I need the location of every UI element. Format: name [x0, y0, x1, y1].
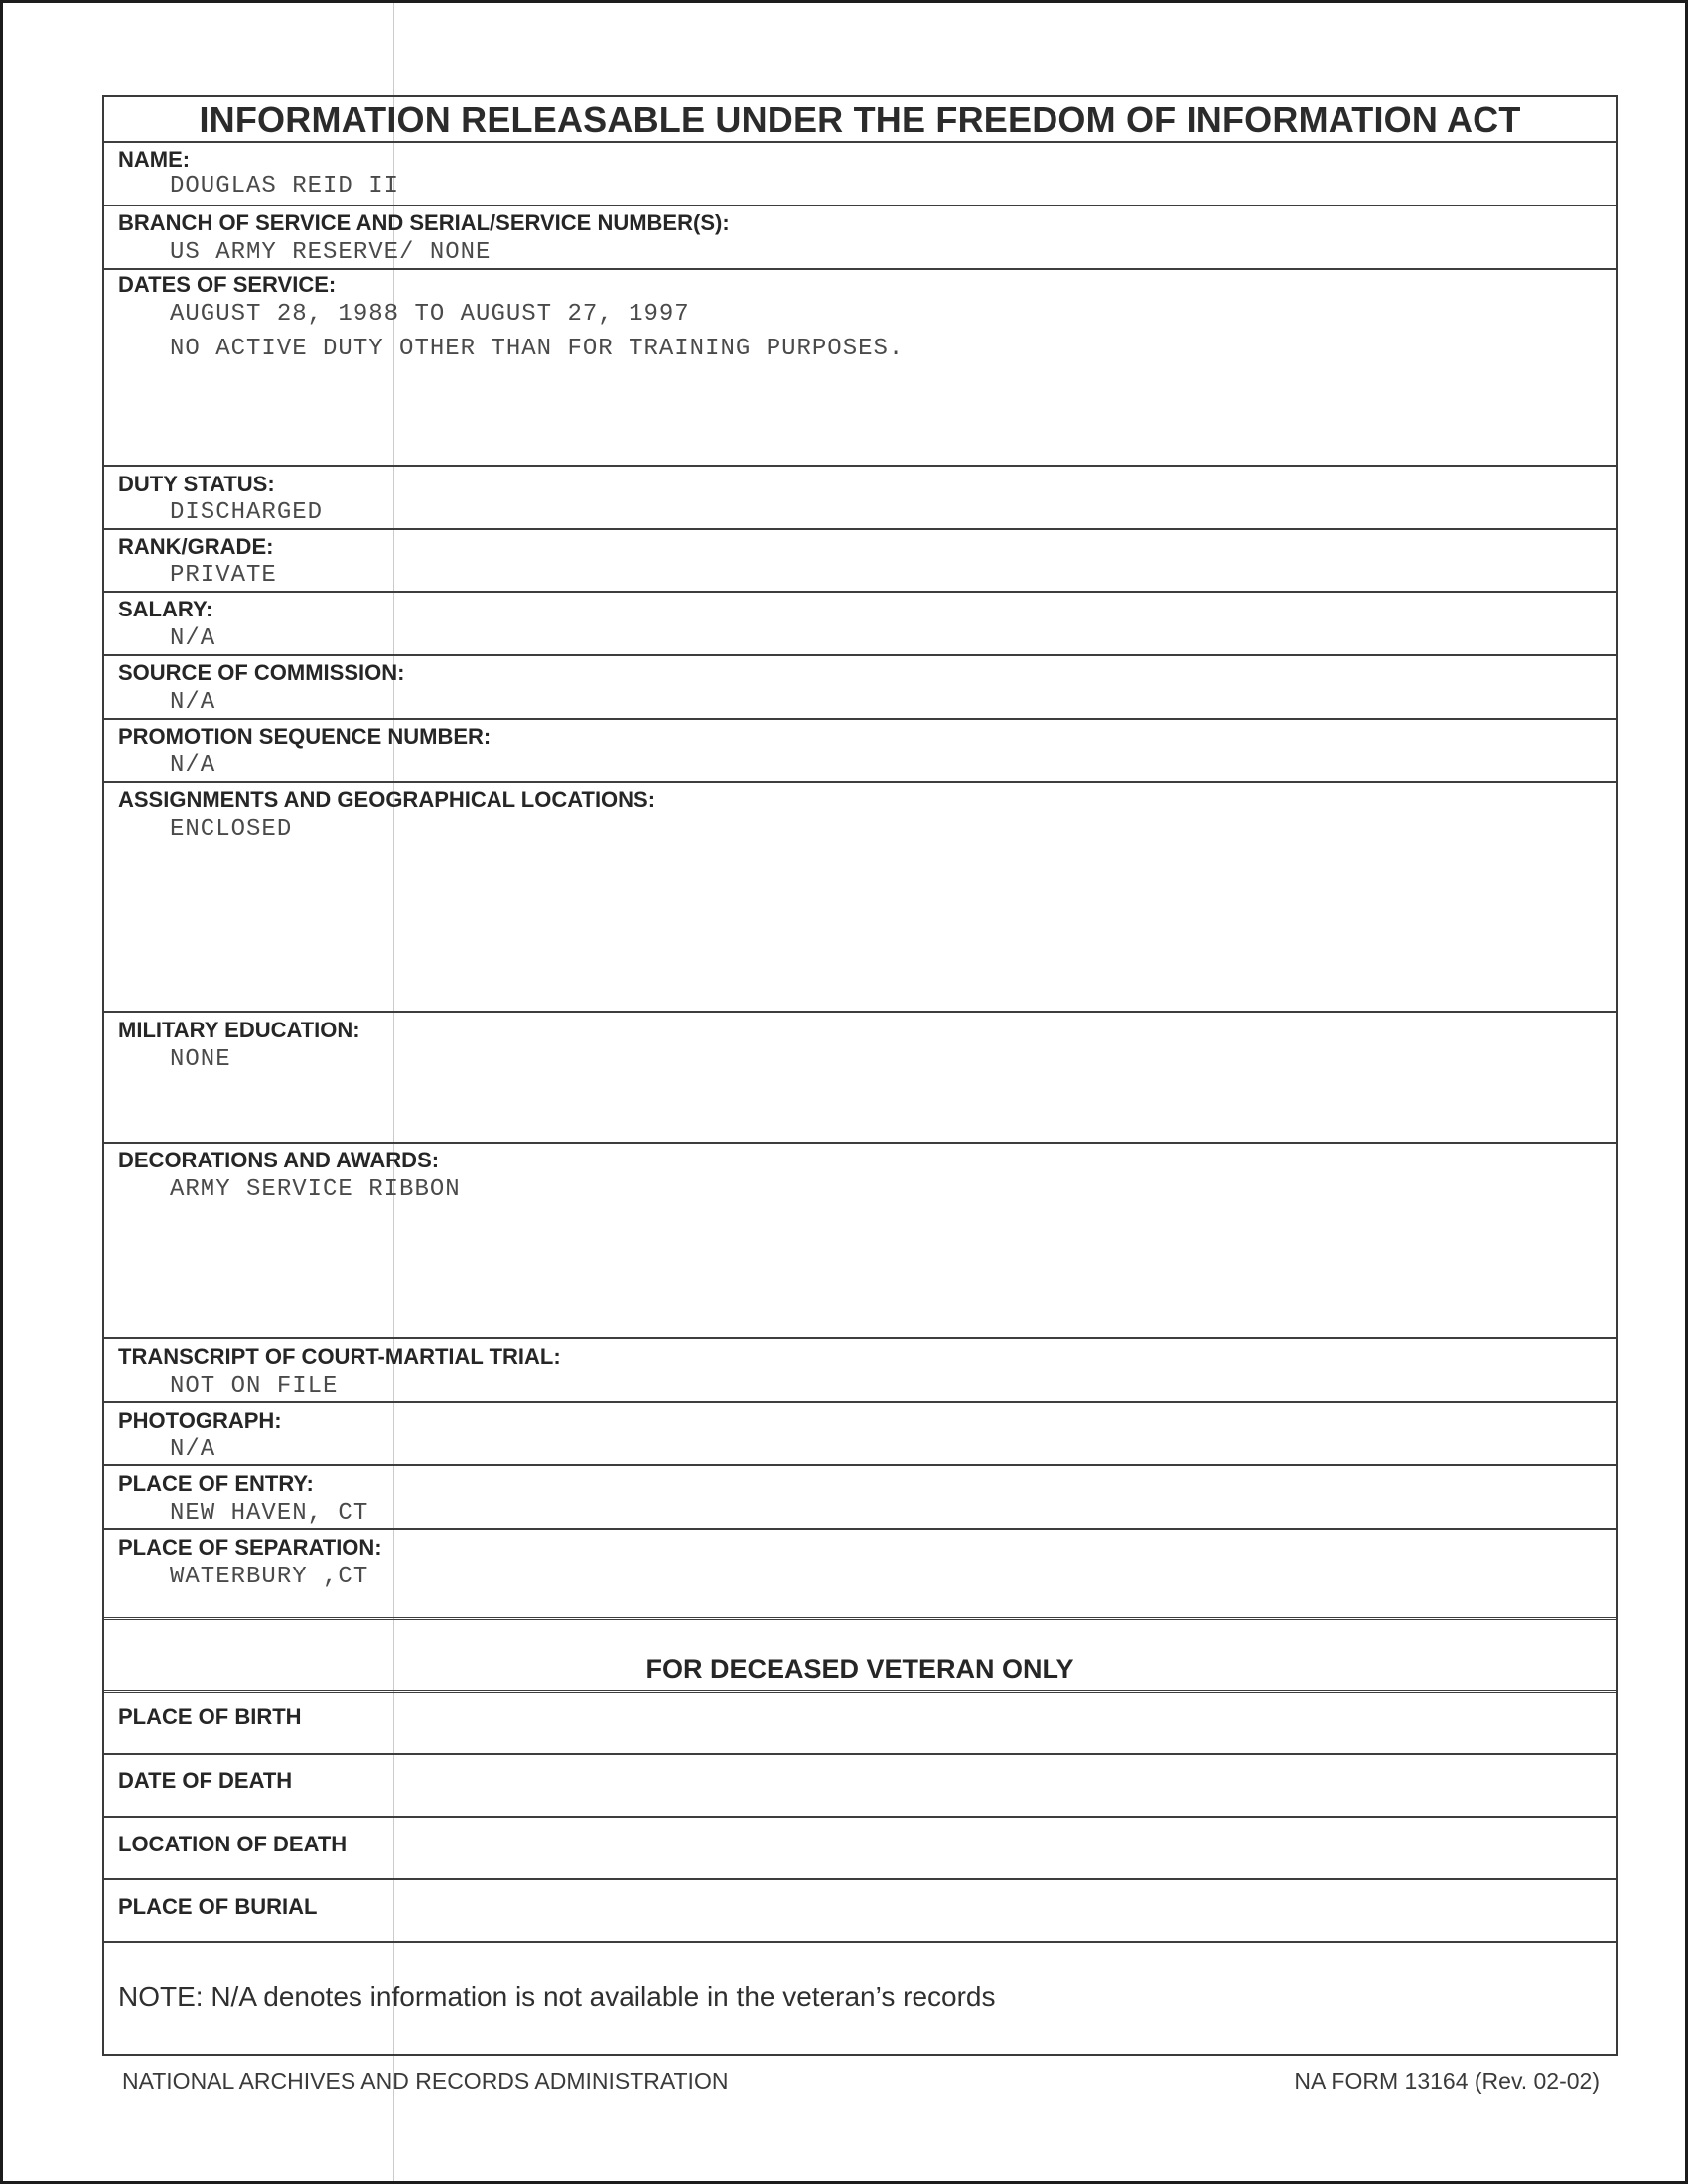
decorations-label: DECORATIONS AND AWARDS: [118, 1148, 439, 1173]
date-of-death-label: DATE OF DEATH [118, 1768, 292, 1794]
divider [104, 465, 1616, 467]
branch-label: BRANCH OF SERVICE AND SERIAL/SERVICE NUM… [118, 210, 730, 236]
commission-value: N/A [170, 689, 215, 717]
decorations-value: ARMY SERVICE RIBBON [170, 1176, 461, 1204]
divider [104, 1528, 1616, 1530]
court-martial-value: NOT ON FILE [170, 1373, 338, 1401]
name-label: NAME: [118, 147, 190, 173]
location-of-death-label: LOCATION OF DEATH [118, 1832, 347, 1857]
footer-form-number: NA FORM 13164 (Rev. 02-02) [1294, 2067, 1600, 2095]
dates-value-line1: AUGUST 28, 1988 TO AUGUST 27, 1997 [170, 301, 690, 329]
section-divider [104, 1690, 1616, 1695]
divider [104, 1142, 1616, 1144]
branch-value: US ARMY RESERVE/ NONE [170, 239, 491, 267]
duty-status-label: DUTY STATUS: [118, 472, 275, 497]
divider [104, 1878, 1616, 1880]
deceased-heading: FOR DECEASED VETERAN ONLY [104, 1653, 1616, 1685]
place-separation-value: WATERBURY ,CT [170, 1564, 368, 1591]
divider [104, 1401, 1616, 1403]
place-of-birth-label: PLACE OF BIRTH [118, 1705, 302, 1730]
divider [104, 1011, 1616, 1013]
divider [104, 1816, 1616, 1818]
dates-value-line2: NO ACTIVE DUTY OTHER THAN FOR TRAINING P… [170, 336, 904, 363]
photograph-label: PHOTOGRAPH: [118, 1408, 282, 1433]
name-value: DOUGLAS REID II [170, 173, 399, 201]
divider [104, 1753, 1616, 1755]
divider [104, 1337, 1616, 1339]
place-separation-label: PLACE OF SEPARATION: [118, 1535, 382, 1561]
dates-label: DATES OF SERVICE: [118, 272, 336, 298]
divider [104, 268, 1616, 270]
divider [104, 1464, 1616, 1466]
salary-label: SALARY: [118, 597, 212, 622]
note-text: NOTE: N/A denotes information is not ava… [118, 1980, 996, 2014]
divider [104, 528, 1616, 530]
section-divider [104, 1617, 1616, 1622]
footer-agency: NATIONAL ARCHIVES AND RECORDS ADMINISTRA… [122, 2067, 728, 2095]
divider [104, 591, 1616, 593]
place-entry-value: NEW HAVEN, CT [170, 1500, 368, 1528]
divider [104, 718, 1616, 720]
form-title: INFORMATION RELEASABLE UNDER THE FREEDOM… [104, 97, 1616, 143]
court-martial-label: TRANSCRIPT OF COURT-MARTIAL TRIAL: [118, 1344, 561, 1370]
divider [104, 654, 1616, 656]
rank-label: RANK/GRADE: [118, 534, 273, 560]
place-entry-label: PLACE OF ENTRY: [118, 1471, 314, 1497]
promotion-label: PROMOTION SEQUENCE NUMBER: [118, 724, 491, 750]
divider [104, 1941, 1616, 1943]
commission-label: SOURCE OF COMMISSION: [118, 660, 404, 686]
divider [104, 205, 1616, 206]
rank-value: PRIVATE [170, 562, 277, 590]
assignments-value: ENCLOSED [170, 816, 292, 844]
education-value: NONE [170, 1046, 231, 1074]
salary-value: N/A [170, 625, 215, 653]
promotion-value: N/A [170, 752, 215, 780]
assignments-label: ASSIGNMENTS AND GEOGRAPHICAL LOCATIONS: [118, 787, 655, 813]
education-label: MILITARY EDUCATION: [118, 1018, 360, 1043]
photograph-value: N/A [170, 1436, 215, 1464]
foia-form: INFORMATION RELEASABLE UNDER THE FREEDOM… [102, 95, 1618, 2056]
divider [104, 141, 1616, 143]
divider [104, 781, 1616, 783]
place-of-burial-label: PLACE OF BURIAL [118, 1894, 317, 1920]
duty-status-value: DISCHARGED [170, 499, 323, 527]
